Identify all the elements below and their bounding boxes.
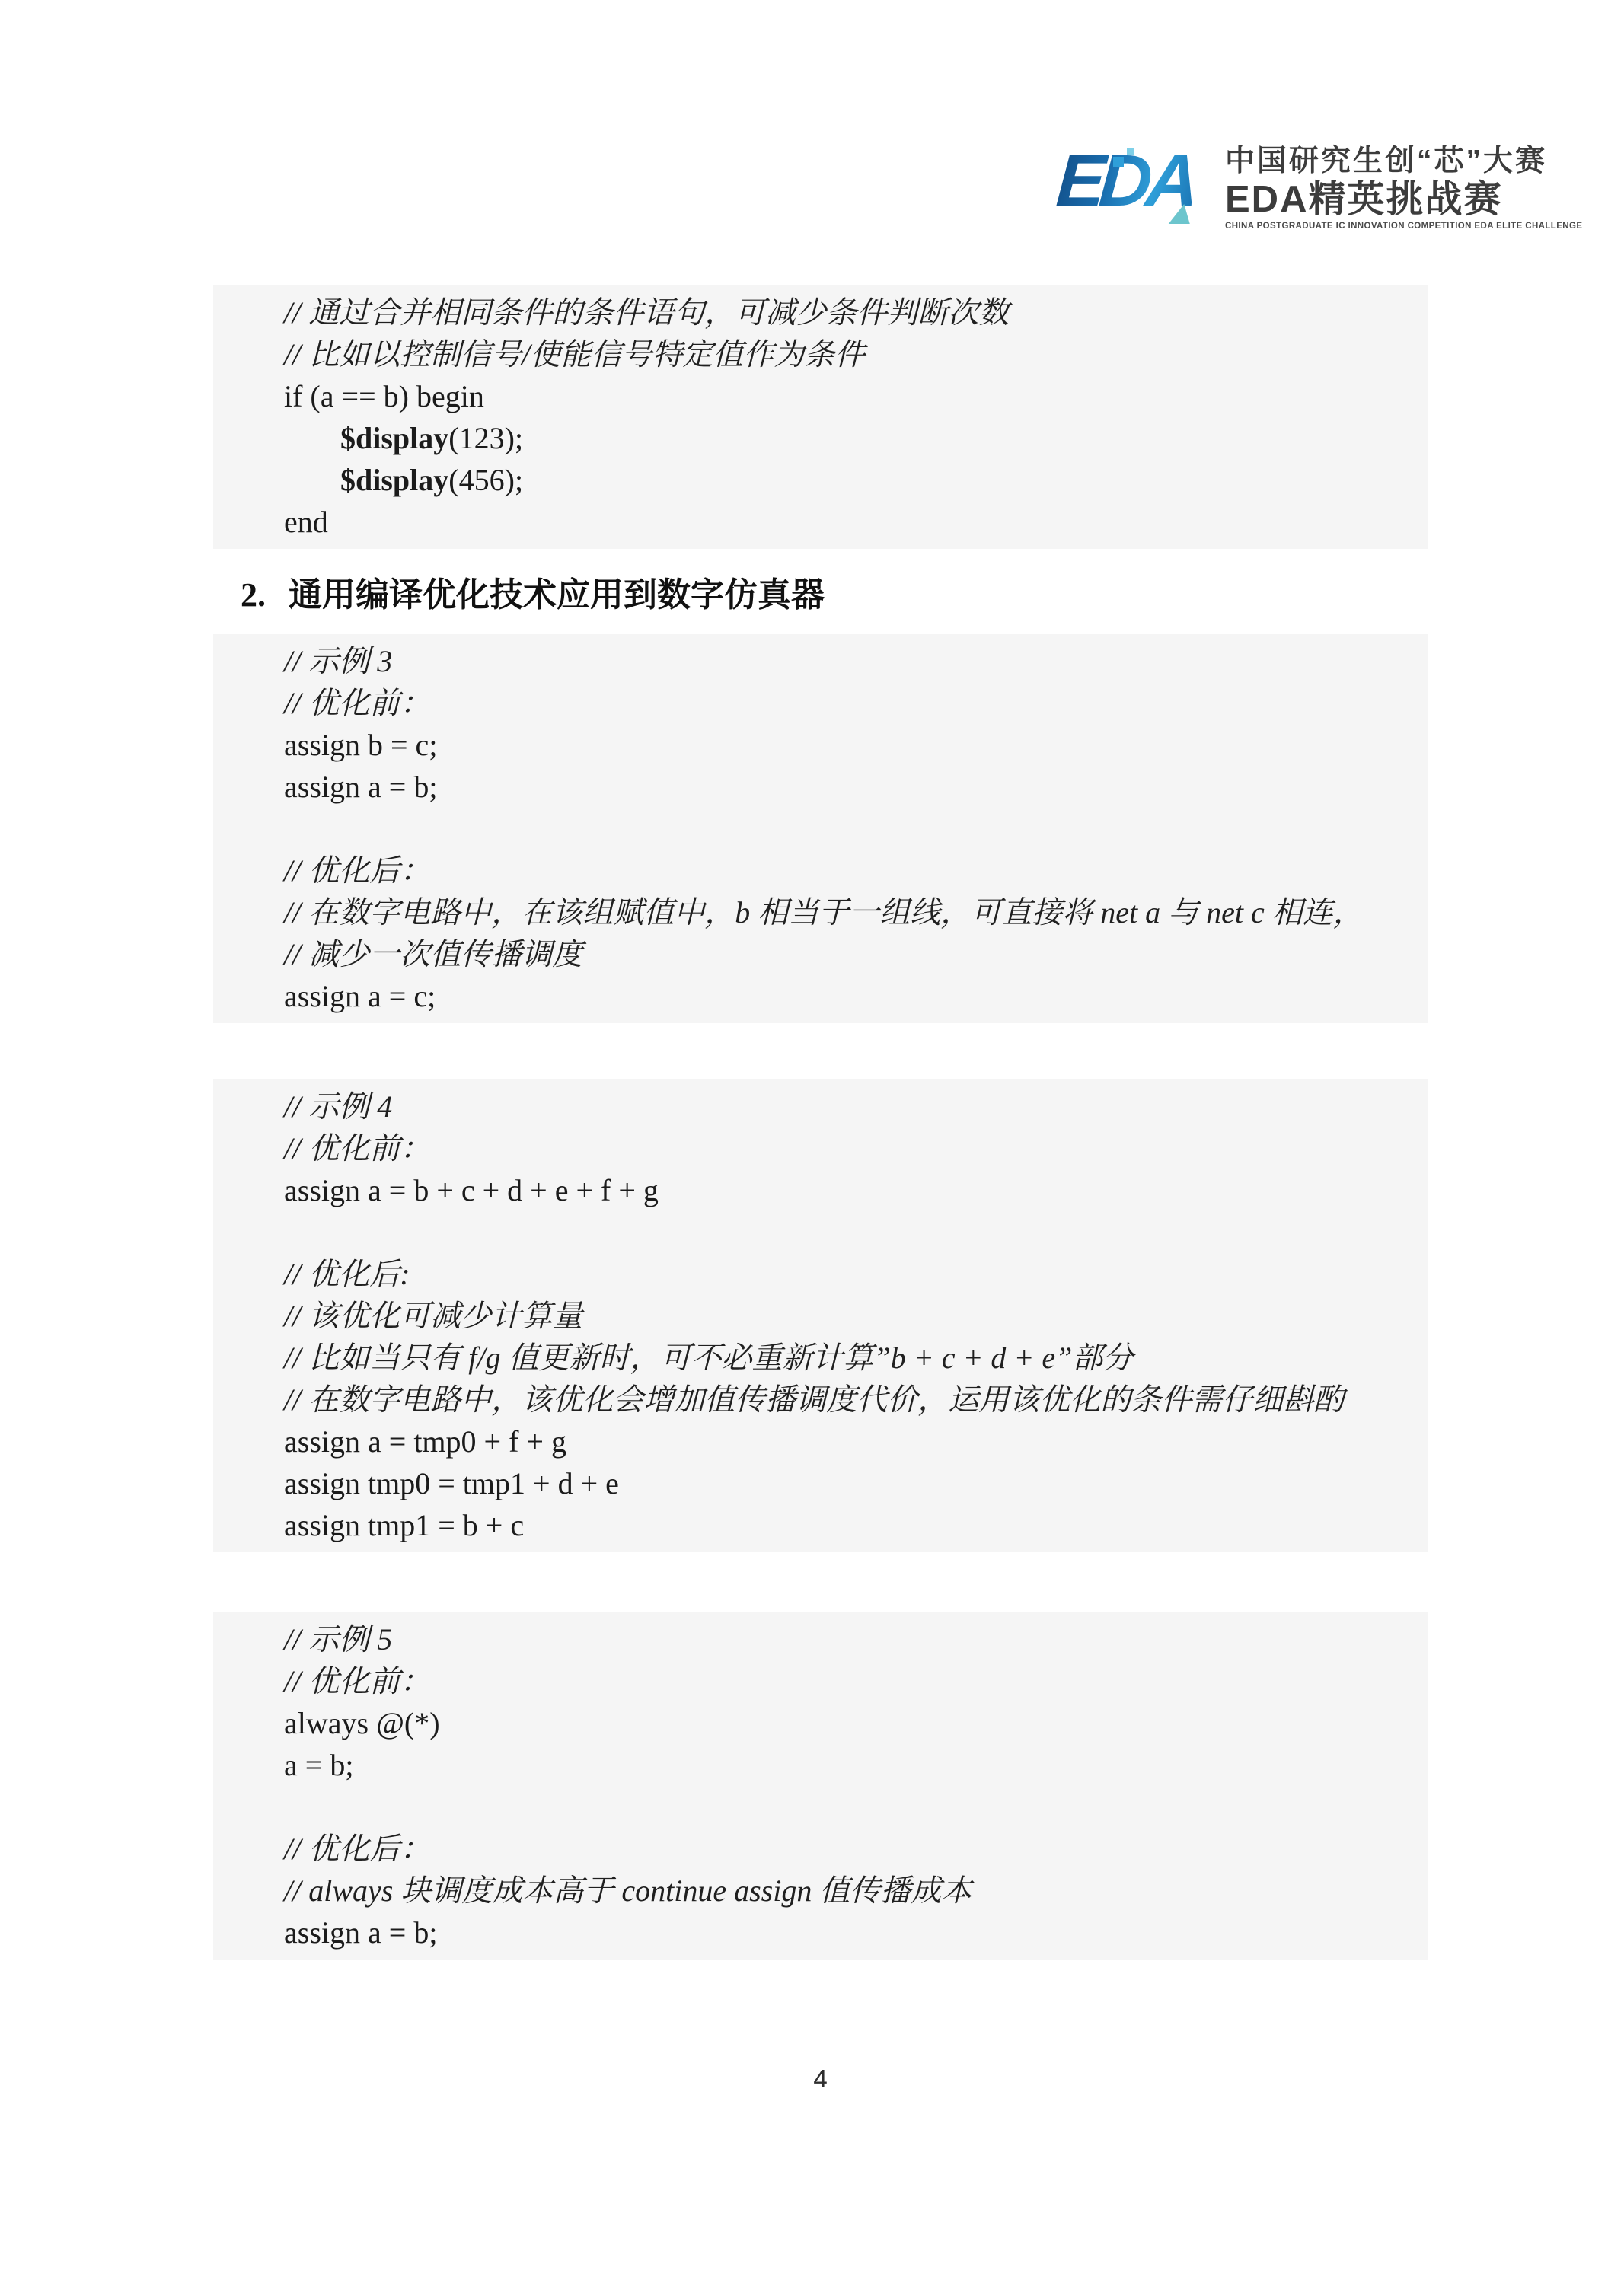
code-line: // 减少一次值传播调度 (213, 933, 1428, 975)
code-line: assign tmp1 = b + c (213, 1504, 1428, 1546)
code-line: assign a = c; (213, 975, 1428, 1017)
logo-pixel-square-icon (1113, 157, 1124, 167)
code-line: end (213, 501, 1428, 543)
code-line: // 优化前： (213, 1127, 1428, 1169)
page-number: 4 (213, 2065, 1428, 2094)
eda-logo-mark: EDA (1057, 143, 1213, 228)
code-block-4: // 示例 5// 优化前：always @(*)a = b; // 优化后：/… (213, 1612, 1428, 1960)
eda-logo-text: 中国研究生创“芯”大赛 EDA精英挑战赛 CHINA POSTGRADUATE … (1225, 143, 1582, 231)
code-line: // 该优化可减少计算量 (213, 1295, 1428, 1337)
code-line: a = b; (213, 1744, 1428, 1786)
code-line: // 通过合并相同条件的条件语句，可减少条件判断次数 (213, 292, 1428, 333)
code-line: // 优化后： (213, 850, 1428, 891)
code-line (213, 808, 1428, 850)
logo-title-cn: 中国研究生创“芯”大赛 (1225, 143, 1582, 180)
code-block-2: // 示例 3// 优化前：assign b = c;assign a = b;… (213, 634, 1428, 1023)
document-page: { "logo": { "mark": "EDA", "line1": "中国研… (0, 0, 1624, 2296)
code-line: // 示例 5 (213, 1618, 1428, 1660)
code-block-3: // 示例 4// 优化前：assign a = b + c + d + e +… (213, 1079, 1428, 1552)
code-line: // 优化后： (213, 1828, 1428, 1870)
code-line: assign a = b + c + d + e + f + g (213, 1169, 1428, 1211)
code-line: // 优化后: (213, 1253, 1428, 1295)
code-line: if (a == b) begin (213, 375, 1428, 417)
logo-pixel-square-icon (1127, 148, 1134, 155)
eda-logo: EDA 中国研究生创“芯”大赛 EDA精英挑战赛 CHINA POSTGRADU… (1057, 143, 1582, 231)
logo-subtitle-cn: EDA精英挑战赛 (1225, 180, 1582, 219)
code-line: // always 块调度成本高于 continue assign 值传播成本 (213, 1870, 1428, 1912)
code-line: // 比如当只有 f/g 值更新时，可不必重新计算”b + c + d + e”… (213, 1337, 1428, 1379)
section-heading: 2.通用编译优化技术应用到数字仿真器 (213, 572, 1428, 618)
code-line: // 在数字电路中，该优化会增加值传播调度代价，运用该优化的条件需仔细斟酌 (213, 1379, 1428, 1421)
code-line: assign b = c; (213, 724, 1428, 766)
code-line: // 示例 3 (213, 640, 1428, 682)
code-line: $display(456); (213, 459, 1428, 501)
code-line: assign a = tmp0 + f + g (213, 1421, 1428, 1462)
logo-subtitle-en: CHINA POSTGRADUATE IC INNOVATION COMPETI… (1225, 222, 1582, 231)
code-line: // 优化前： (213, 1660, 1428, 1702)
code-line: // 示例 4 (213, 1086, 1428, 1127)
code-line: always @(*) (213, 1702, 1428, 1744)
code-line: assign a = b; (213, 766, 1428, 808)
code-line: $display(123); (213, 417, 1428, 459)
code-block-1: // 通过合并相同条件的条件语句，可减少条件判断次数// 比如以控制信号/使能信… (213, 285, 1428, 549)
code-line: // 在数字电路中，在该组赋值中，b 相当于一组线，可直接将 net a 与 n… (213, 891, 1428, 933)
code-line: // 比如以控制信号/使能信号特定值作为条件 (213, 333, 1428, 375)
code-line: assign a = b; (213, 1912, 1428, 1953)
code-line: assign tmp0 = tmp1 + d + e (213, 1462, 1428, 1504)
logo-triangle-icon (1169, 204, 1195, 224)
code-line (213, 1211, 1428, 1253)
logo-pixel-square-icon (1121, 171, 1127, 177)
code-line: // 优化前： (213, 682, 1428, 724)
heading-number: 2. (241, 576, 266, 614)
heading-text: 通用编译优化技术应用到数字仿真器 (289, 576, 825, 614)
code-line (213, 1786, 1428, 1828)
